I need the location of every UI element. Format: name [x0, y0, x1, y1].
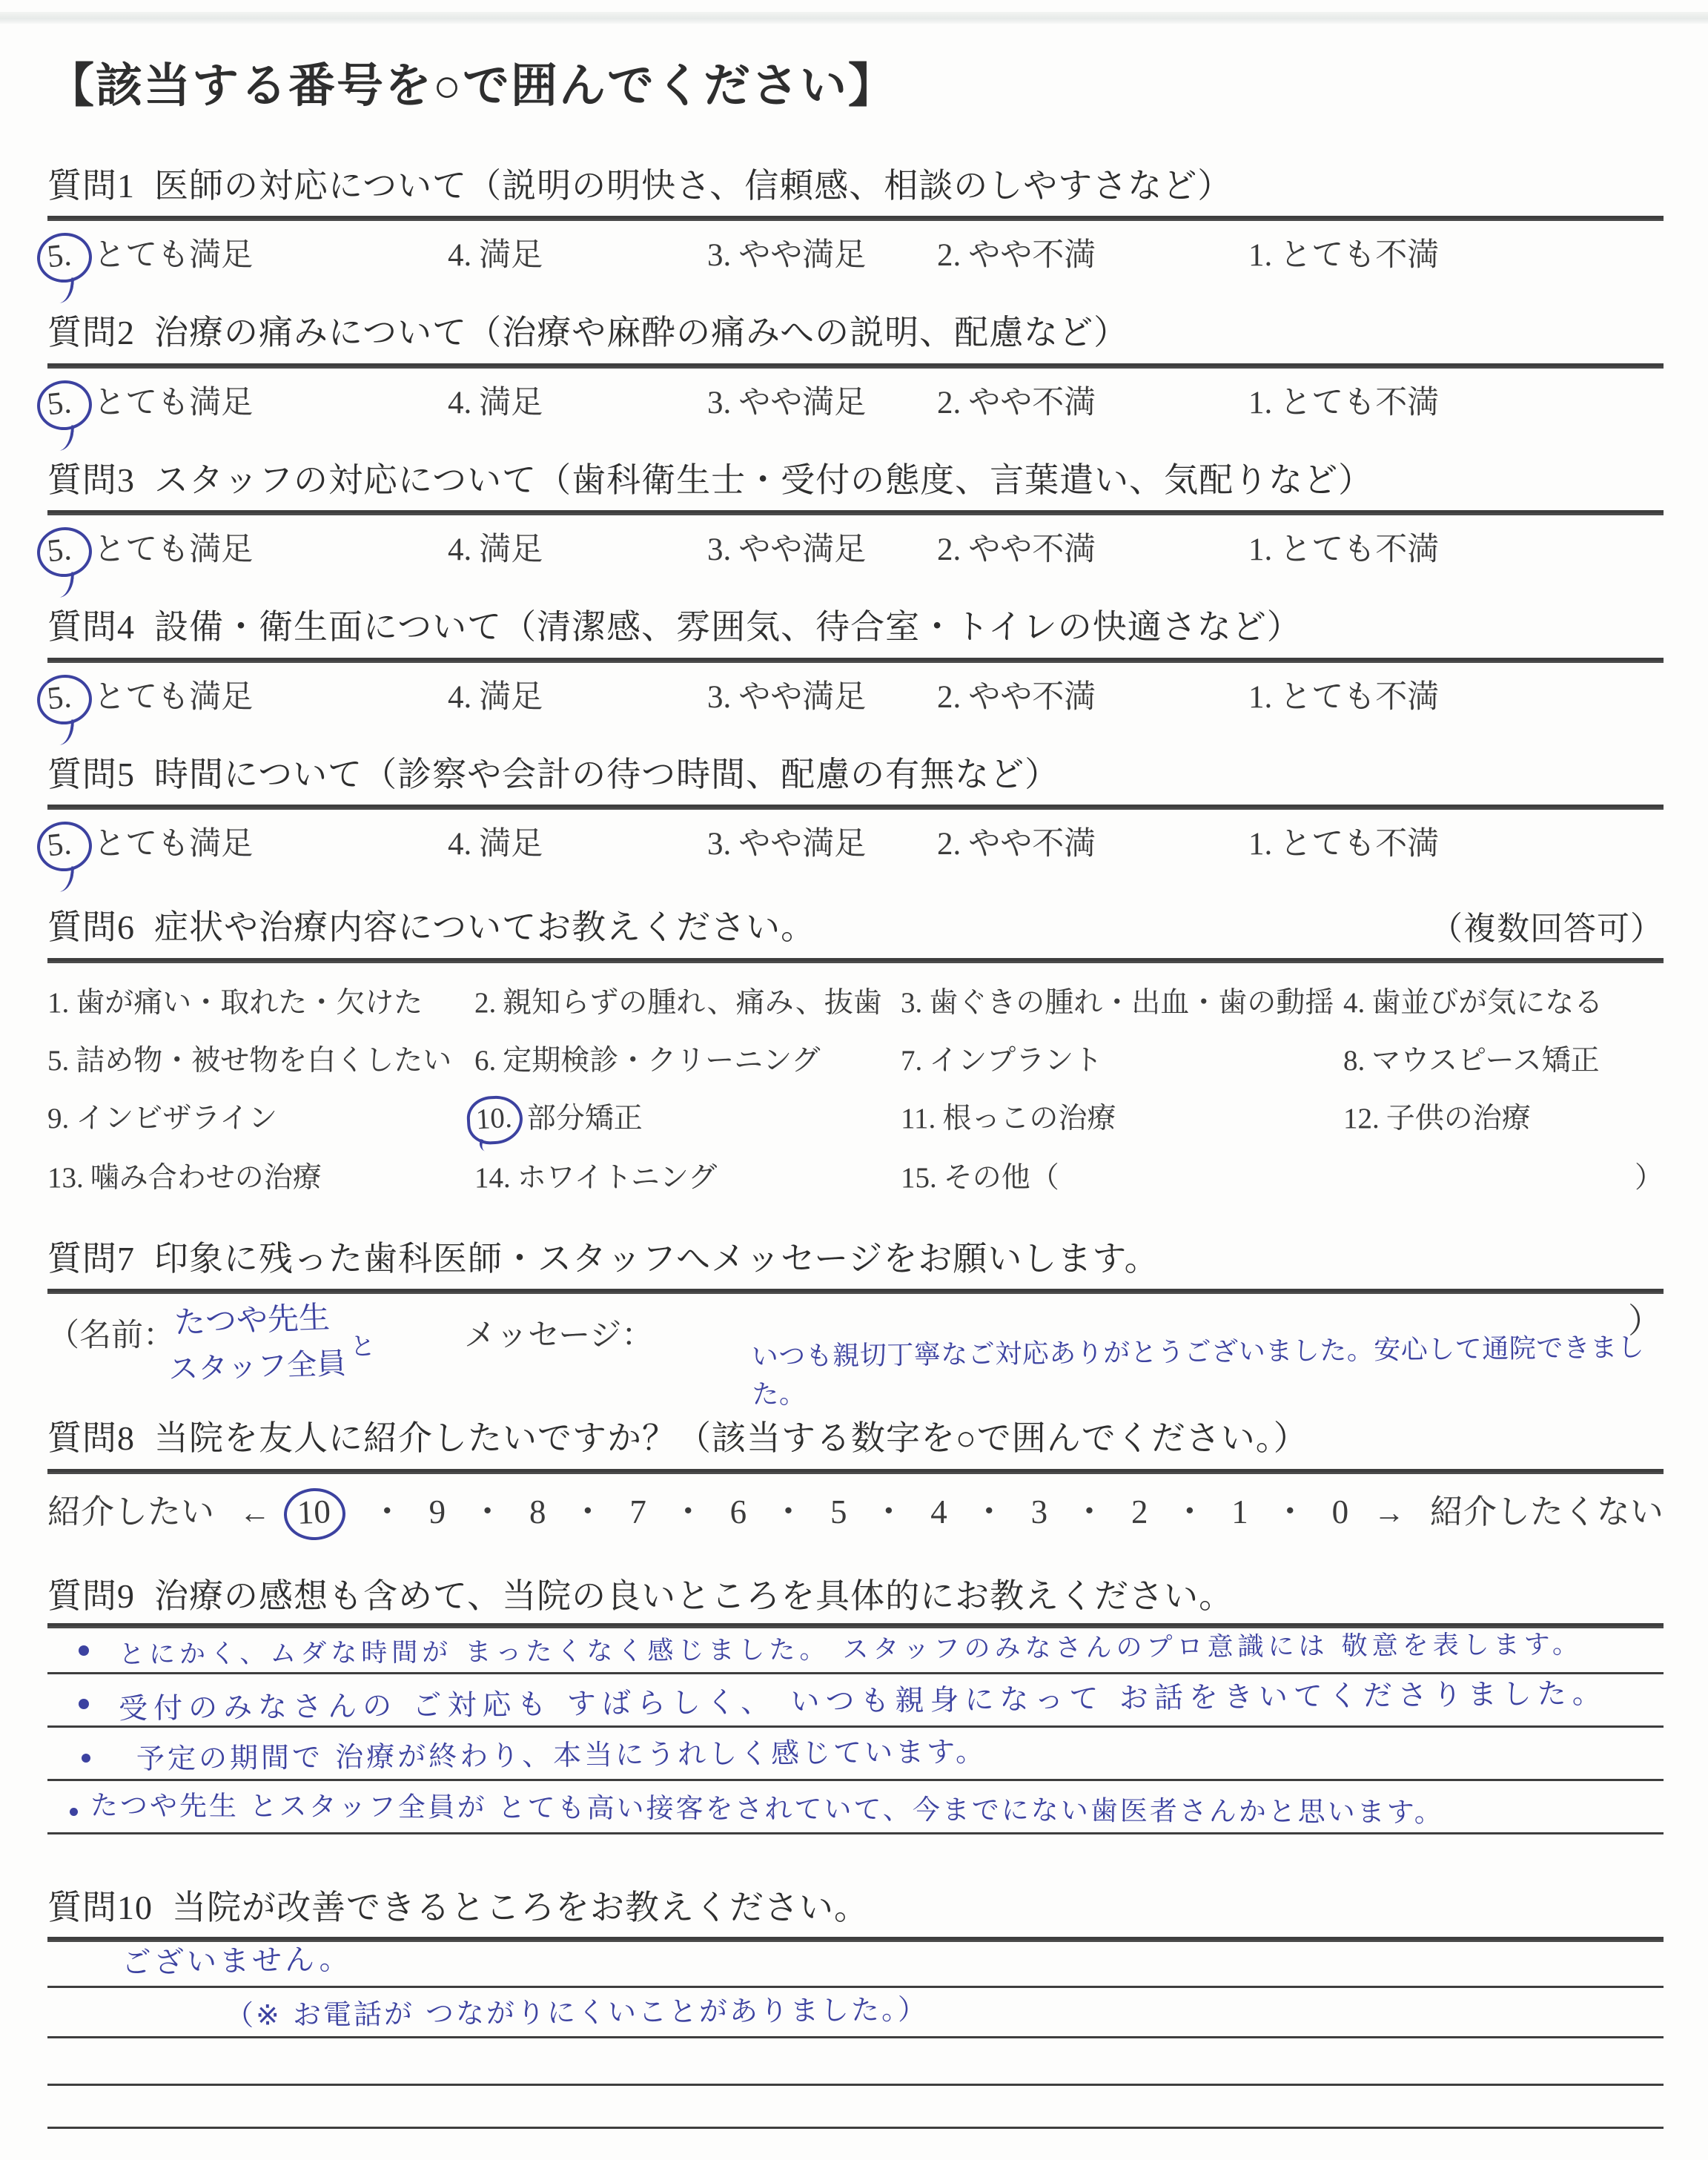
question-1-options: 5.とても満足 4.満足 3.やや満足 2.やや不満 1.とても不満 — [47, 221, 1664, 264]
question-title: 当院を友人に紹介したいですか？（該当する数字を○で囲んでください。） — [154, 1419, 1308, 1457]
question-5-options: 5.とても満足 4.満足 3.やや満足 2.やや不満 1.とても不満 — [47, 810, 1664, 853]
rating-option-3: 3.やや満足 — [707, 819, 937, 864]
symptom-option-9: 9.インビザライン — [47, 1095, 474, 1137]
rating-option-3: 3.やや満足 — [707, 230, 937, 275]
handwritten-bullet — [79, 1645, 89, 1656]
rating-option-1: 1.とても不満 — [1248, 672, 1664, 717]
question-1-header: 質問1医師の対応について（説明の明快さ、信頼感、相談のしやすさなど） — [47, 165, 1664, 208]
handwritten-answer: 受付のみなさんの ご対応も すばらしく、 いつも親身になって お話をきいてくださ… — [119, 1671, 1607, 1728]
answer-line-empty — [47, 2086, 1664, 2129]
divider — [47, 658, 1664, 663]
close-paren: ） — [1628, 1294, 1662, 1343]
answer-line: 予定の期間で 治療が終わり、本当にうれしく感じています。 — [47, 1728, 1664, 1781]
scale-number-6: 6 — [730, 1493, 747, 1531]
question-7-header: 質問7印象に残った歯科医師・スタッフへメッセージをお願いします。 — [47, 1238, 1664, 1281]
scale-number-10: 10 — [296, 1491, 345, 1534]
symptom-option-6: 6.定期検診・クリーニング — [474, 1037, 901, 1079]
rating-option-2: 2.やや不満 — [937, 524, 1248, 569]
handwritten-bullet — [82, 1754, 90, 1763]
question-10: 質問10当院が改善できるところをお教えください。 ございません。 （※ お電話が… — [47, 1886, 1664, 2129]
pen-circle-mark: 10. — [466, 1094, 523, 1146]
question-label: 質問4 — [47, 608, 135, 646]
symptom-options-grid: 1.歯が痛い・取れた・欠けた 2.親知らずの腫れ、痛み、抜歯 3.歯ぐきの腫れ・… — [47, 980, 1664, 1196]
pen-circle-mark: 10 — [283, 1487, 346, 1541]
handwritten-answer: 予定の期間で 治療が終わり、本当にうれしく感じています。 — [136, 1728, 987, 1777]
rating-option-1: 1.とても不満 — [1248, 377, 1664, 423]
rating-option-2: 2.やや不満 — [937, 230, 1248, 275]
answer-line: たつや先生 とスタッフ全員が とても高い接客をされていて、今までにない歯医者さん… — [47, 1781, 1664, 1834]
scale-separator: ・ — [371, 1484, 404, 1533]
pen-circle-mark: 5. — [35, 819, 95, 874]
handwritten-answer: とにかく、ムダな時間が まったくなく感じました。 スタッフのみなさんのプロ意識に… — [119, 1624, 1583, 1671]
scale-number-8: 8 — [529, 1493, 546, 1531]
question-label: 質問2 — [47, 314, 135, 351]
handwritten-message: いつも親切丁寧なご対応ありがとうございました。安心して通院できました。 — [752, 1327, 1687, 1412]
rating-option-4: 4.満足 — [448, 672, 707, 717]
message-field-label: メッセージ： — [464, 1310, 653, 1355]
symptom-option-15: 15.その他（ — [901, 1155, 1343, 1196]
question-10-header: 質問10当院が改善できるところをお教えください。 — [47, 1886, 1664, 1929]
question-title: スタッフの対応について（歯科衛生士・受付の態度、言葉遣い、気配りなど） — [154, 461, 1373, 499]
question-7: 質問7印象に残った歯科医師・スタッフへメッセージをお願いします。 （名前： たつ… — [47, 1238, 1664, 1416]
divider — [47, 1469, 1664, 1474]
left-arrow-icon: ← — [239, 1496, 271, 1531]
handwritten-answer: （※ お電話が つながりにくいことがありました。） — [225, 1986, 928, 2033]
rating-option-2: 2.やや不満 — [937, 377, 1248, 423]
name-field-label: （名前： — [47, 1310, 175, 1355]
rating-option-5: 5.とても満足 — [47, 819, 448, 865]
question-label: 質問7 — [47, 1240, 135, 1278]
handwritten-answer: ございません。 — [122, 1935, 352, 1981]
question-2-options: 5.とても満足 4.満足 3.やや満足 2.やや不満 1.とても不満 — [47, 369, 1664, 412]
scale-number-3: 3 — [1031, 1493, 1048, 1531]
symptom-option-7: 7.インプラント — [901, 1037, 1343, 1079]
handwritten-name-line1: たつや先生 — [173, 1292, 345, 1347]
question-title: 時間について（診察や会計の待つ時間、配慮の有無など） — [154, 756, 1059, 793]
question-label: 質問1 — [47, 167, 135, 205]
handwritten-bullet — [70, 1808, 78, 1816]
pen-circle-mark: 5. — [35, 377, 95, 432]
symptom-option-1: 1.歯が痛い・取れた・欠けた — [47, 980, 474, 1021]
scale-separator: ・ — [973, 1484, 1006, 1533]
scale-separator: ・ — [772, 1484, 805, 1533]
question-2-header: 質問2治療の痛みについて（治療や麻酔の痛みへの説明、配慮など） — [47, 311, 1664, 354]
rating-option-4: 4.満足 — [448, 524, 707, 569]
question-4: 質問4設備・衛生面について（清潔感、雰囲気、待合室・トイレの快適さなど） 5.と… — [47, 606, 1664, 706]
question-7-answer-area: （名前： たつや先生 スタッフ全員 と メッセージ： いつも親切丁寧なご対応あり… — [47, 1298, 1664, 1416]
symptom-option-8: 8.マウスピース矯正 — [1343, 1037, 1664, 1079]
pen-circle-mark: 5. — [35, 672, 95, 727]
answer-line-empty — [47, 2038, 1664, 2086]
scale-separator: ・ — [672, 1484, 705, 1533]
form-title: 【該当する番号を○で囲んでください】 — [47, 56, 1664, 117]
rating-option-4: 4.満足 — [448, 230, 707, 275]
scale-number-2: 2 — [1131, 1493, 1148, 1531]
scale-number-5: 5 — [830, 1493, 847, 1531]
answer-line: 受付のみなさんの ご対応も すばらしく、 いつも親身になって お話をきいてくださ… — [47, 1674, 1664, 1728]
multiple-answers-note: （複数回答可） — [1430, 908, 1664, 949]
question-label: 質問10 — [47, 1889, 153, 1926]
rating-option-4: 4.満足 — [448, 819, 707, 864]
scale-separator: ・ — [872, 1484, 905, 1533]
right-arrow-icon: → — [1374, 1496, 1405, 1531]
handwritten-name: たつや先生 スタッフ全員 と — [173, 1292, 347, 1393]
scale-separator: ・ — [1274, 1484, 1307, 1533]
scale-separator: ・ — [1073, 1484, 1106, 1533]
scale-number-7: 7 — [629, 1493, 646, 1531]
divider — [47, 1289, 1664, 1294]
question-5-header: 質問5時間について（診察や会計の待つ時間、配慮の有無など） — [47, 753, 1664, 796]
rating-option-3: 3.やや満足 — [707, 524, 937, 569]
scale-number-1: 1 — [1231, 1493, 1248, 1531]
pen-circle-mark: 5. — [35, 231, 95, 285]
scale-number-4: 4 — [930, 1493, 947, 1531]
answer-line: とにかく、ムダな時間が まったくなく感じました。 スタッフのみなさんのプロ意識に… — [47, 1628, 1664, 1674]
scale-left-label: 紹介したい — [47, 1484, 214, 1533]
question-2: 質問2治療の痛みについて（治療や麻酔の痛みへの説明、配慮など） 5.とても満足 … — [47, 311, 1664, 412]
symptom-option-3: 3.歯ぐきの腫れ・出血・歯の動揺 — [901, 980, 1343, 1021]
scale-number-0: 0 — [1332, 1493, 1349, 1531]
rating-option-4: 4.満足 — [448, 377, 707, 423]
question-1: 質問1医師の対応について（説明の明快さ、信頼感、相談のしやすさなど） 5.とても… — [47, 165, 1664, 265]
scale-separator: ・ — [571, 1484, 604, 1533]
rating-option-2: 2.やや不満 — [937, 819, 1248, 864]
question-label: 質問6 — [47, 908, 135, 946]
question-3-header: 質問3スタッフの対応について（歯科衛生士・受付の態度、言葉遣い、気配りなど） — [47, 459, 1664, 502]
question-5: 質問5時間について（診察や会計の待つ時間、配慮の有無など） 5.とても満足 4.… — [47, 753, 1664, 853]
rating-option-1: 1.とても不満 — [1248, 230, 1664, 275]
rating-option-2: 2.やや不満 — [937, 672, 1248, 717]
handwritten-name-line2: スタッフ全員 — [168, 1341, 347, 1393]
pen-circle-mark: 5. — [35, 525, 95, 580]
scale-separator: ・ — [1173, 1484, 1206, 1533]
scale-separator: ・ — [471, 1484, 504, 1533]
symptom-option-4: 4.歯並びが気になる — [1343, 980, 1664, 1021]
divider — [47, 510, 1664, 515]
handwritten-connector: と — [349, 1327, 376, 1367]
question-label: 質問9 — [47, 1577, 135, 1615]
question-title: 設備・衛生面について（清潔感、雰囲気、待合室・トイレの快適さなど） — [154, 608, 1302, 646]
question-title: 印象に残った歯科医師・スタッフへメッセージをお願いします。 — [154, 1240, 1159, 1278]
rating-option-1: 1.とても不満 — [1248, 524, 1664, 569]
question-4-header: 質問4設備・衛生面について（清潔感、雰囲気、待合室・トイレの快適さなど） — [47, 606, 1664, 649]
symptom-option-13: 13.噛み合わせの治療 — [47, 1155, 474, 1196]
question-3: 質問3スタッフの対応について（歯科衛生士・受付の態度、言葉遣い、気配りなど） 5… — [47, 459, 1664, 559]
question-8-header: 質問8当院を友人に紹介したいですか？（該当する数字を○で囲んでください。） — [47, 1417, 1664, 1460]
other-option-close-paren: ） — [1635, 1155, 1664, 1196]
scale-number-9: 9 — [429, 1493, 446, 1531]
answer-line: （※ お電話が つながりにくいことがありました。） — [47, 1988, 1664, 2038]
rating-option-3: 3.やや満足 — [707, 672, 937, 717]
symptom-option-11: 11.根っこの治療 — [901, 1095, 1343, 1137]
symptom-option-10: 10.部分矯正 — [474, 1095, 901, 1138]
rating-option-3: 3.やや満足 — [707, 377, 937, 423]
divider — [47, 363, 1664, 369]
question-6: 質問6症状や治療内容についてお教えください。 （複数回答可） 1.歯が痛い・取れ… — [47, 906, 1664, 1196]
rating-option-1: 1.とても不満 — [1248, 819, 1664, 864]
rating-option-5: 5.とても満足 — [47, 672, 448, 719]
rating-option-5: 5.とても満足 — [47, 524, 448, 571]
divider — [47, 216, 1664, 221]
question-title: 症状や治療内容についてお教えください。 — [154, 908, 815, 946]
question-title: 医師の対応について（説明の明快さ、信頼感、相談のしやすさなど） — [154, 167, 1232, 205]
survey-form: 【該当する番号を○で囲んでください】 質問1医師の対応について（説明の明快さ、信… — [47, 0, 1664, 2129]
question-title: 治療の感想も含めて、当院の良いところを具体的にお教えください。 — [154, 1577, 1234, 1615]
symptom-option-2: 2.親知らずの腫れ、痛み、抜歯 — [474, 980, 901, 1021]
question-6-header: 質問6症状や治療内容についてお教えください。 （複数回答可） — [47, 906, 1664, 949]
handwritten-bullet — [79, 1699, 89, 1709]
divider — [47, 805, 1664, 810]
symptom-option-12: 12.子供の治療 — [1343, 1095, 1664, 1137]
rating-option-5: 5.とても満足 — [47, 377, 448, 424]
question-9: 質問9治療の感想も含めて、当院の良いところを具体的にお教えください。 とにかく、… — [47, 1575, 1664, 1835]
rating-option-5: 5.とても満足 — [47, 230, 448, 277]
question-label: 質問8 — [47, 1419, 135, 1457]
question-title: 当院が改善できるところをお教えください。 — [172, 1889, 869, 1926]
question-label: 質問3 — [47, 461, 135, 499]
referral-scale: 紹介したい ← 10 ・ 9 ・ 8 ・ 7 ・ 6 ・ 5 ・ 4 ・ 3 ・… — [47, 1474, 1664, 1520]
question-3-options: 5.とても満足 4.満足 3.やや満足 2.やや不満 1.とても不満 — [47, 515, 1664, 558]
question-4-options: 5.とても満足 4.満足 3.やや満足 2.やや不満 1.とても不満 — [47, 663, 1664, 706]
question-title: 治療の痛みについて（治療や麻酔の痛みへの説明、配慮など） — [154, 314, 1128, 351]
handwritten-answer: たつや先生 とスタッフ全員が とても高い接客をされていて、今までにない歯医者さん… — [90, 1783, 1444, 1831]
answer-line: ございません。 — [47, 1942, 1664, 1988]
question-8: 質問8当院を友人に紹介したいですか？（該当する数字を○で囲んでください。） 紹介… — [47, 1417, 1664, 1520]
symptom-option-5: 5.詰め物・被せ物を白くしたい — [47, 1037, 474, 1079]
question-label: 質問5 — [47, 756, 135, 793]
question-9-header: 質問9治療の感想も含めて、当院の良いところを具体的にお教えください。 — [47, 1575, 1664, 1618]
scale-right-label: 紹介したくない — [1430, 1484, 1664, 1533]
divider — [47, 958, 1664, 963]
symptom-option-14: 14.ホワイトニング — [474, 1155, 901, 1196]
